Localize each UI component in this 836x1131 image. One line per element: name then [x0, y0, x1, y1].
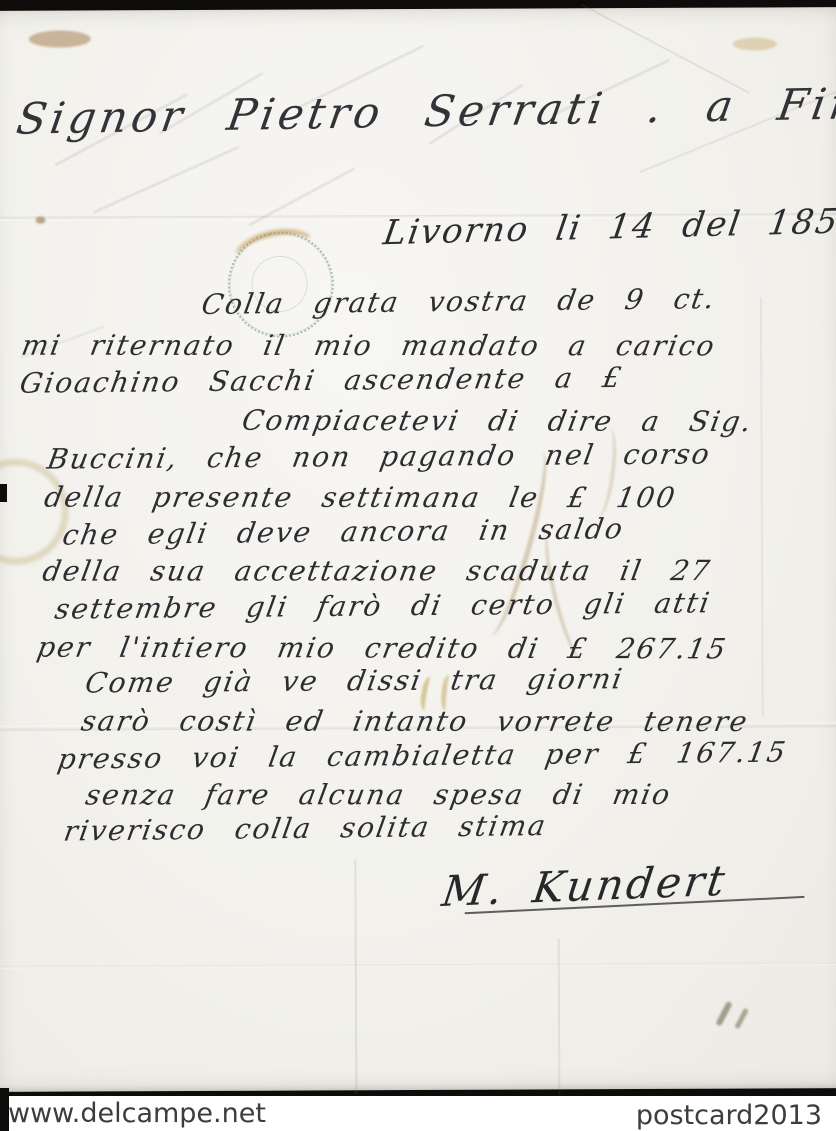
ink-showthrough — [248, 167, 355, 226]
scan-edge-notch — [0, 484, 7, 502]
letter-line: riverisco colla solita stima — [62, 809, 550, 848]
letter-line: della sua accettazione scaduta il 27 — [40, 554, 714, 588]
paper-stain — [715, 1001, 732, 1027]
letter-line: mi riternato il mio mandato a carico — [19, 329, 718, 363]
paper-stain — [29, 30, 91, 47]
letter-line: Colla grata vostra de 9 ct. — [199, 282, 718, 321]
watermark-postcard2013: postcard2013 — [636, 1100, 822, 1131]
watermark-delcampe: www.delcampe.net — [8, 1098, 266, 1129]
fold-crease-vertical — [760, 297, 764, 717]
letter-line: presso voi la cambialetta per £ 167.15 — [55, 736, 790, 776]
letter-line: Gioachino Sacchi ascendente a £ — [18, 361, 626, 400]
letter-line: sarò costì ed intanto vorrete tenere — [79, 704, 752, 738]
date-line: Livorno li 14 del 1854 — [381, 201, 836, 253]
paper-stain — [36, 217, 46, 224]
address-line: Signor Pietro Serrati . a Firenze — [13, 77, 836, 145]
paper-stain — [734, 1008, 749, 1030]
ink-showthrough — [93, 145, 240, 213]
letter-line: settembre gli farò di certo gli atti — [53, 586, 714, 625]
fold-crease-diagonal — [581, 4, 750, 94]
fold-crease-vertical — [558, 938, 561, 1096]
postmark-arc — [229, 222, 321, 285]
fold-crease-vertical — [354, 859, 357, 1094]
signature: M. Kundert — [439, 856, 730, 916]
letter-line: Come già ve dissi tra giorni — [83, 662, 626, 699]
paper-stain — [733, 37, 777, 50]
letter-line: senza fare alcuna spesa di mio — [83, 778, 674, 812]
letter-line: Buccini, che non pagando nel corso — [45, 437, 714, 475]
letter-line: della presente settimana le £ 100 — [42, 481, 679, 515]
letter-line: per l'intiero mio credito di £ 267.15 — [34, 631, 730, 666]
letter-line: che egli deve ancora in saldo — [60, 512, 627, 551]
letter-paper: Signor Pietro Serrati . a Firenze Livorn… — [0, 7, 836, 1092]
letter-line: Compiacetevi di dire a Sig. — [239, 404, 755, 438]
fold-crease-horizontal — [0, 962, 836, 969]
